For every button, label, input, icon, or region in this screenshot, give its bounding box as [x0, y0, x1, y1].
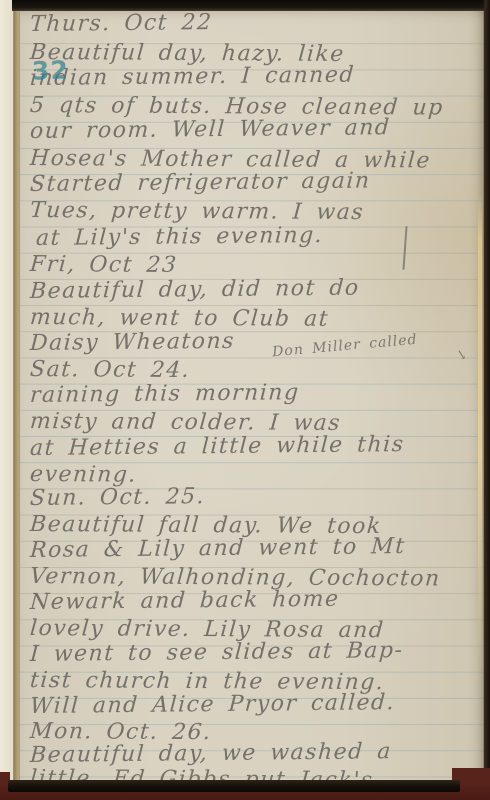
diary-line: Newark and back home [29, 585, 481, 616]
diary-line: at Lily's this evening. [35, 221, 487, 252]
book-cover-top-edge [12, 0, 490, 11]
book-cover-right-edge [483, 0, 490, 800]
diary-page-photo: Thurs. Oct 22 Beautiful day, hazy. like … [0, 0, 490, 800]
page-number-stamp: 32 [32, 55, 70, 85]
diary-line: I went to see slides at Bap- [29, 637, 481, 668]
diary-line-date: Thurs. Oct 22 [29, 7, 481, 38]
diary-line: indian summer. I canned [29, 61, 481, 92]
handwriting-layer: Thurs. Oct 22 Beautiful day, hazy. like … [20, 0, 484, 788]
underlying-page-edge [0, 0, 14, 800]
diary-line: at Hetties a little while this [29, 431, 481, 462]
diary-line: our room. Well Weaver and [29, 114, 481, 145]
diary-line-date: Sun. Oct. 25. [29, 481, 481, 512]
diary-line: Beautiful day, did not do [29, 274, 481, 305]
book-cover-bottom-strip [8, 780, 460, 792]
diary-line: raining this morning [29, 378, 481, 409]
diary-line: Beautiful day, we washed a [29, 738, 481, 769]
diary-line: Rosa & Lily and went to Mt [29, 533, 481, 564]
diary-line: Will and Alice Pryor called. [29, 689, 481, 720]
diary-line: Started refrigerator again [29, 167, 481, 198]
